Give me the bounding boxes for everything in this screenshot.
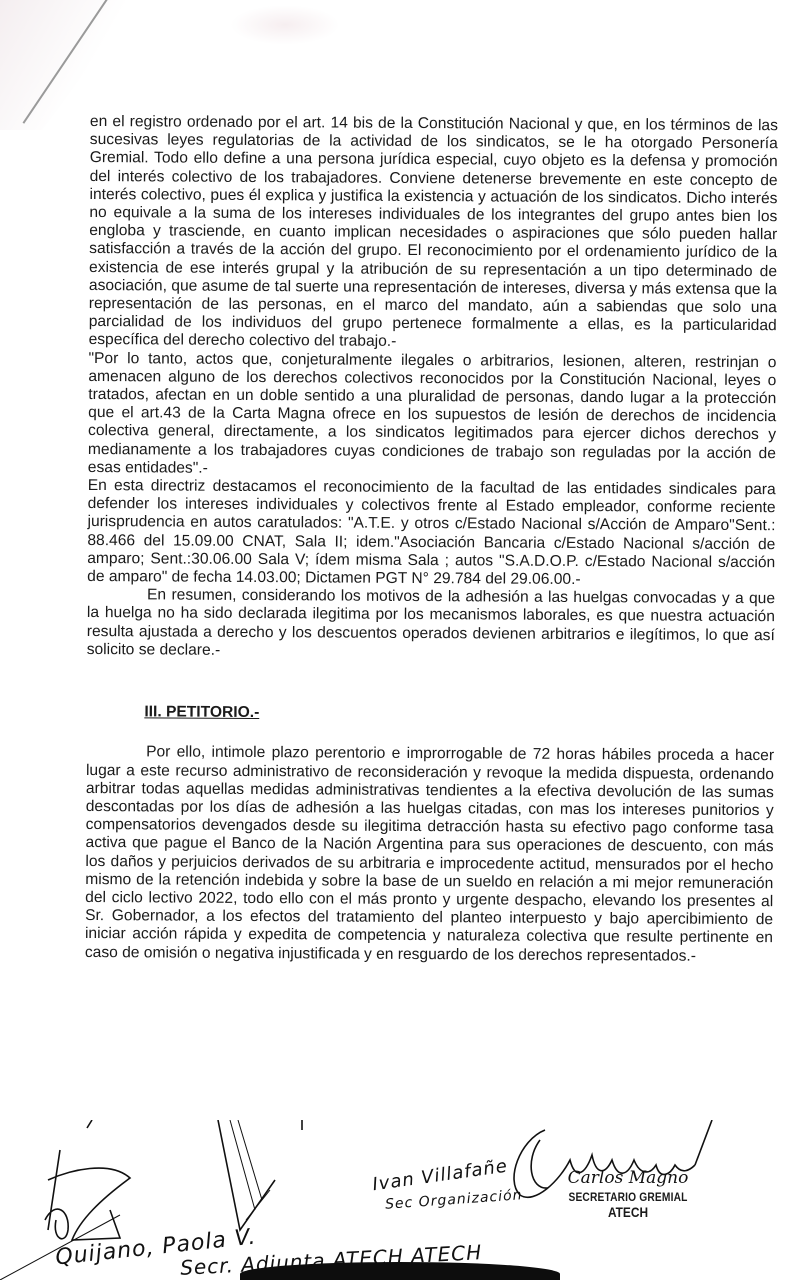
section-heading-petitorio: III. PETITORIO.-	[144, 703, 774, 725]
stamp-secretario-gremial: Carlos Magno SECRETARIO GREMIAL ATECH	[548, 1168, 708, 1220]
stamp-title: SECRETARIO GREMIAL	[560, 1190, 696, 1204]
paragraph-summary: En resumen, considerando los motivos de …	[87, 586, 775, 663]
stamp-org: ATECH	[560, 1204, 696, 1220]
paragraph-jurisprudence: En esta directriz destacamos el reconoci…	[87, 477, 776, 590]
paragraph-collective-interest: en el registro ordenado por el art. 14 b…	[89, 113, 778, 354]
document-body: en el registro ordenado por el art. 14 b…	[85, 113, 778, 966]
page-curl-shadow	[0, 0, 140, 130]
paragraph-petitorio: Por ello, intimole plazo perentorio e im…	[85, 743, 774, 966]
paragraph-quote: "Por lo tanto, actos que, conjeturalment…	[88, 350, 777, 482]
bottom-shadow	[240, 1262, 560, 1280]
stamp-name: Carlos Magno	[548, 1168, 708, 1188]
signature-area: Ivan Villafañe Sec Organización Quijano,…	[0, 1120, 789, 1280]
paper-smudge	[230, 5, 340, 45]
